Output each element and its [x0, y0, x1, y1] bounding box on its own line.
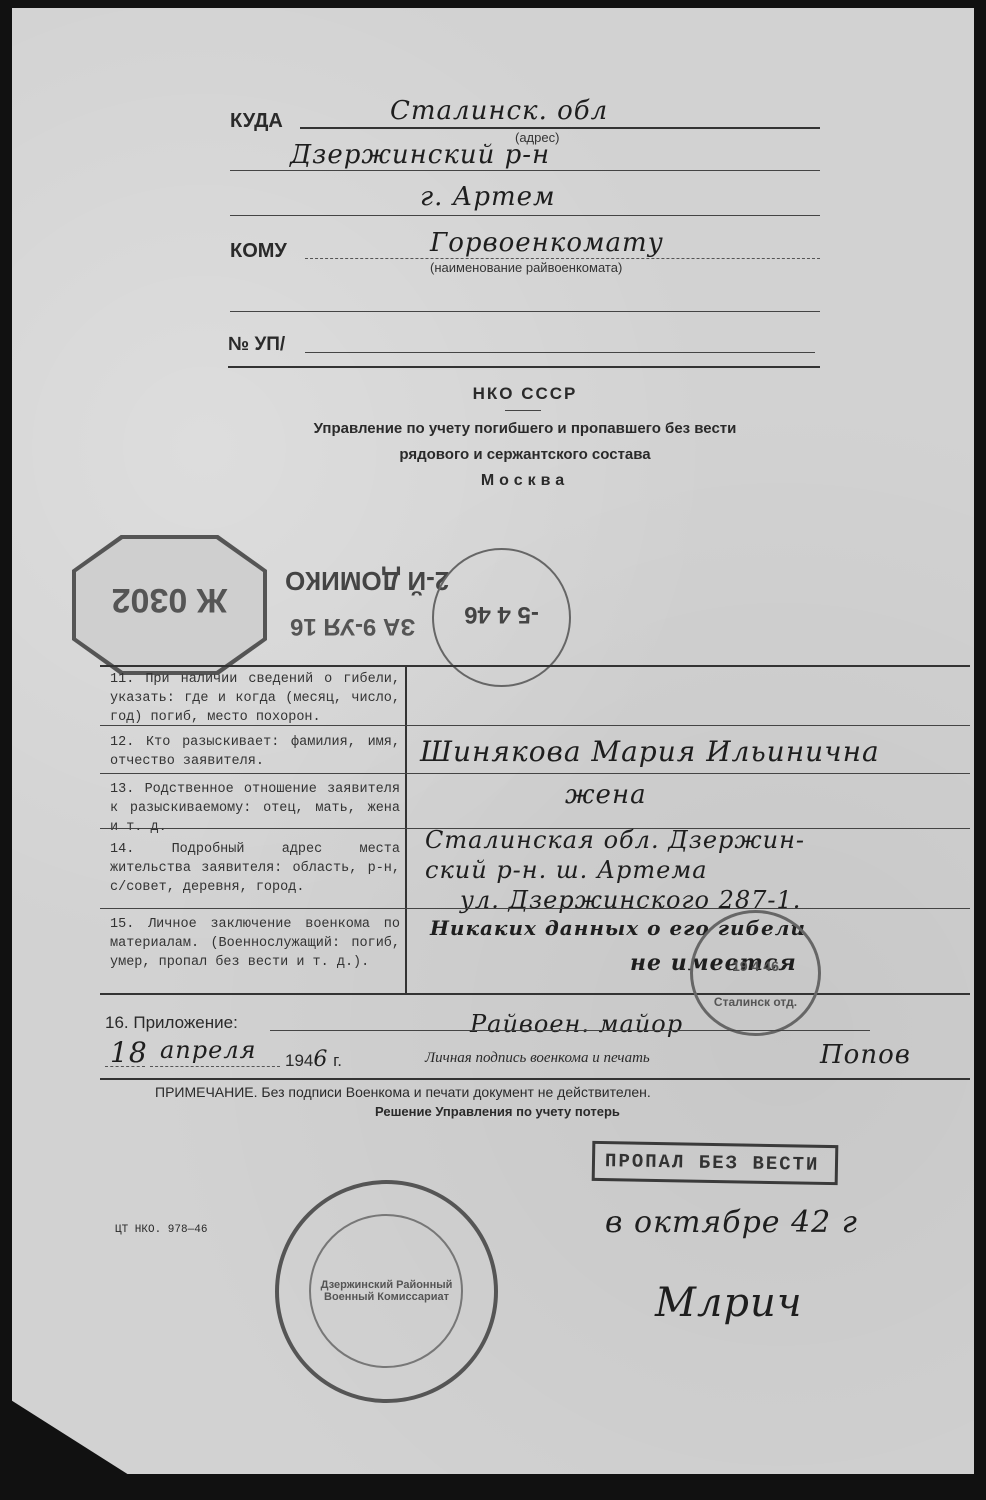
- title-city: Москва: [228, 472, 822, 490]
- table-row-12-value: Шинякова Мария Ильинична: [420, 735, 880, 768]
- komu-line2: [230, 311, 820, 312]
- date-day: 18: [110, 1036, 148, 1069]
- table-row-divider: [100, 908, 970, 909]
- signature-caption: Личная подпись военкома и печать: [425, 1050, 650, 1067]
- table-row-15-label: 15. Личное заключение военкома по матери…: [110, 915, 400, 972]
- seal-text: Дзержинский Районный Военный Комиссариат: [299, 1279, 474, 1303]
- table-top-border: [100, 665, 970, 667]
- title-rule: [505, 410, 541, 411]
- kuda-underline: [300, 127, 820, 129]
- table-row-14-label: 14. Подробный адрес места жительства зая…: [110, 840, 400, 897]
- table-row-divider: [100, 725, 970, 726]
- row-number: 13.: [110, 782, 134, 797]
- octagon-stamp-number: Ж 0302: [72, 580, 267, 619]
- table-row-divider: [100, 773, 970, 774]
- print-code: ЦТ НКО. 978—46: [115, 1224, 207, 1236]
- table-row-14-value-line2: ский р-н. ш. Артема: [425, 856, 708, 884]
- row-label: Личное заключение военкома по материалам…: [110, 917, 400, 970]
- kuda-value-line2: Дзержинский р-н: [290, 140, 550, 170]
- validity-note: ПРИМЕЧАНИЕ. Без подписи Военкома и печат…: [155, 1084, 651, 1100]
- table-bottom-border: [100, 993, 970, 995]
- row-number: 11.: [110, 672, 134, 687]
- kuda-value-line1: Сталинск. обл: [390, 96, 608, 126]
- attachment-value: Райвоен. майор: [470, 1010, 683, 1038]
- table-row-12-label: 12. Кто разыскивает: фамилия, имя, отчес…: [110, 733, 400, 771]
- row-label: При наличии сведений о гибели, указать: …: [110, 672, 400, 725]
- missing-in-action-stamp: ПРОПАЛ БЕЗ ВЕСТИ: [592, 1141, 839, 1185]
- decision-handwritten-date: в октябре 42 г: [605, 1205, 858, 1240]
- received-stamp-line1: 2-Й ДОМИКО: [285, 565, 449, 596]
- header-divider: [228, 366, 820, 368]
- decision-signature: Млрич: [655, 1280, 803, 1326]
- commissar-signature: Попов: [820, 1040, 911, 1070]
- attachment-underline: [270, 1030, 870, 1031]
- date-year: 1946 г.: [285, 1047, 342, 1072]
- table-row-13-value: жена: [565, 780, 647, 810]
- district-military-commissariat-seal: Дзержинский Районный Военный Комиссариат: [275, 1180, 498, 1403]
- org-title: НКО СССР: [230, 384, 820, 404]
- kuda-value-line3: г. Артем: [420, 182, 556, 212]
- komu-label: КОМУ: [230, 240, 287, 263]
- small-stamp-date: 19 4 46: [703, 958, 808, 974]
- address-line3: [230, 215, 820, 216]
- row-label: Кто разыскивает: фамилия, имя, отчество …: [110, 735, 400, 769]
- year-prefix: 194: [285, 1051, 313, 1070]
- row-number: 12.: [110, 735, 134, 750]
- small-stamp-text: Сталинск отд.: [703, 995, 808, 1009]
- table-row-14-value-line1: Сталинская обл. Дзержин-: [425, 826, 805, 854]
- row-number: 15.: [110, 917, 134, 932]
- title-line1: Управление по учету погибшего и пропавше…: [228, 420, 822, 437]
- attachment-label: 16. Приложение:: [105, 1013, 238, 1033]
- month-underline: [150, 1066, 280, 1067]
- table-row-11-label: 11. При наличии сведений о гибели, указа…: [110, 670, 400, 727]
- decision-title: Решение Управления по учету потерь: [375, 1104, 620, 1119]
- postmark-date: -5 4 46: [454, 600, 549, 628]
- komu-underline: [305, 258, 820, 259]
- title-line2: рядового и сержантского состава: [228, 446, 822, 463]
- komu-value: Горвоенкомату: [430, 228, 664, 258]
- octagon-registration-stamp: Ж 0302: [72, 535, 267, 675]
- address-line2: [230, 170, 820, 171]
- received-stamp-line2: ЗА 9-УЯ 16: [290, 612, 415, 640]
- day-underline: [105, 1066, 145, 1067]
- military-office-small-stamp: Сталинск отд. 19 4 46: [690, 910, 821, 1036]
- date-month: апреля: [160, 1036, 257, 1064]
- signature-divider: [100, 1078, 970, 1080]
- up-underline: [305, 352, 815, 353]
- up-label: № УП/: [228, 334, 285, 356]
- kuda-label: КУДА: [230, 110, 283, 133]
- row-label: Подробный адрес места жительства заявите…: [110, 842, 400, 895]
- year-suffix: 6: [313, 1047, 328, 1072]
- komu-caption: (наименование райвоенкомата): [430, 260, 622, 275]
- table-column-divider: [405, 665, 407, 995]
- row-number: 14.: [110, 842, 134, 857]
- year-label: г.: [333, 1051, 342, 1070]
